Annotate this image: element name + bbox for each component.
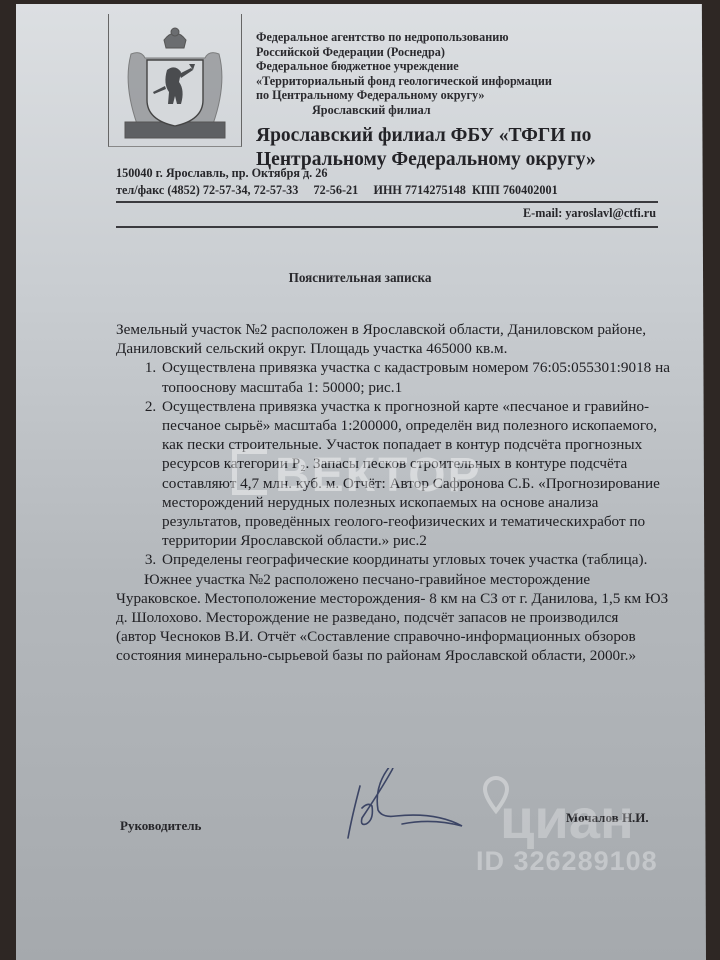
emblem-frame: [108, 14, 242, 147]
vektor-logo-icon: [232, 449, 267, 495]
agency-line: «Территориальный фонд геологической инфо…: [256, 74, 552, 89]
vektor-watermark-text: ВЕКТОР: [275, 449, 482, 502]
header-divider: [116, 226, 658, 228]
agency-line: Федеральное бюджетное учреждение: [256, 59, 552, 74]
header-divider: [116, 201, 658, 203]
agency-line: Ярославский филиал: [256, 103, 552, 118]
cian-watermark: циан: [500, 786, 634, 851]
reference-paragraph: (автор Чесноков В.И. Отчёт «Составление …: [116, 627, 676, 665]
address: 150040 г. Ярославль, пр. Октября д. 26: [116, 165, 558, 182]
signer-role: Руководитель: [120, 818, 201, 834]
yaroslavl-coat-of-arms-icon: [109, 14, 241, 146]
phones-tax-ids: тел/факс (4852) 72-57-34, 72-57-33 72-56…: [116, 182, 558, 199]
deposit-paragraph: Южнее участка №2 расположено песчано-гра…: [116, 570, 676, 628]
agency-line: Российской Федерации (Роснедра): [256, 45, 552, 60]
vektor-watermark: ВЕКТОР: [232, 448, 482, 503]
contact-block: 150040 г. Ярославль, пр. Октября д. 26 т…: [116, 165, 558, 199]
document-title: Пояснительная записка: [0, 270, 720, 286]
branch-line: Ярославский филиал ФБУ «ТФГИ по: [256, 124, 596, 148]
cian-listing-id: ID 326289108: [476, 846, 658, 877]
agency-line: по Центральному Федеральному округу»: [256, 88, 552, 103]
intro-paragraph: Земельный участок №2 расположен в Яросла…: [116, 320, 676, 358]
finding-item: Определены географические координаты угл…: [160, 550, 676, 569]
agency-line: Федеральное агентство по недропользовани…: [256, 30, 552, 45]
handwritten-signature-icon: [340, 768, 500, 848]
email: E-mail: yaroslavl@ctfi.ru: [523, 206, 656, 221]
finding-item: Осуществлена привязка участка с кадастро…: [160, 358, 676, 396]
agency-header: Федеральное агентство по недропользовани…: [256, 30, 552, 118]
